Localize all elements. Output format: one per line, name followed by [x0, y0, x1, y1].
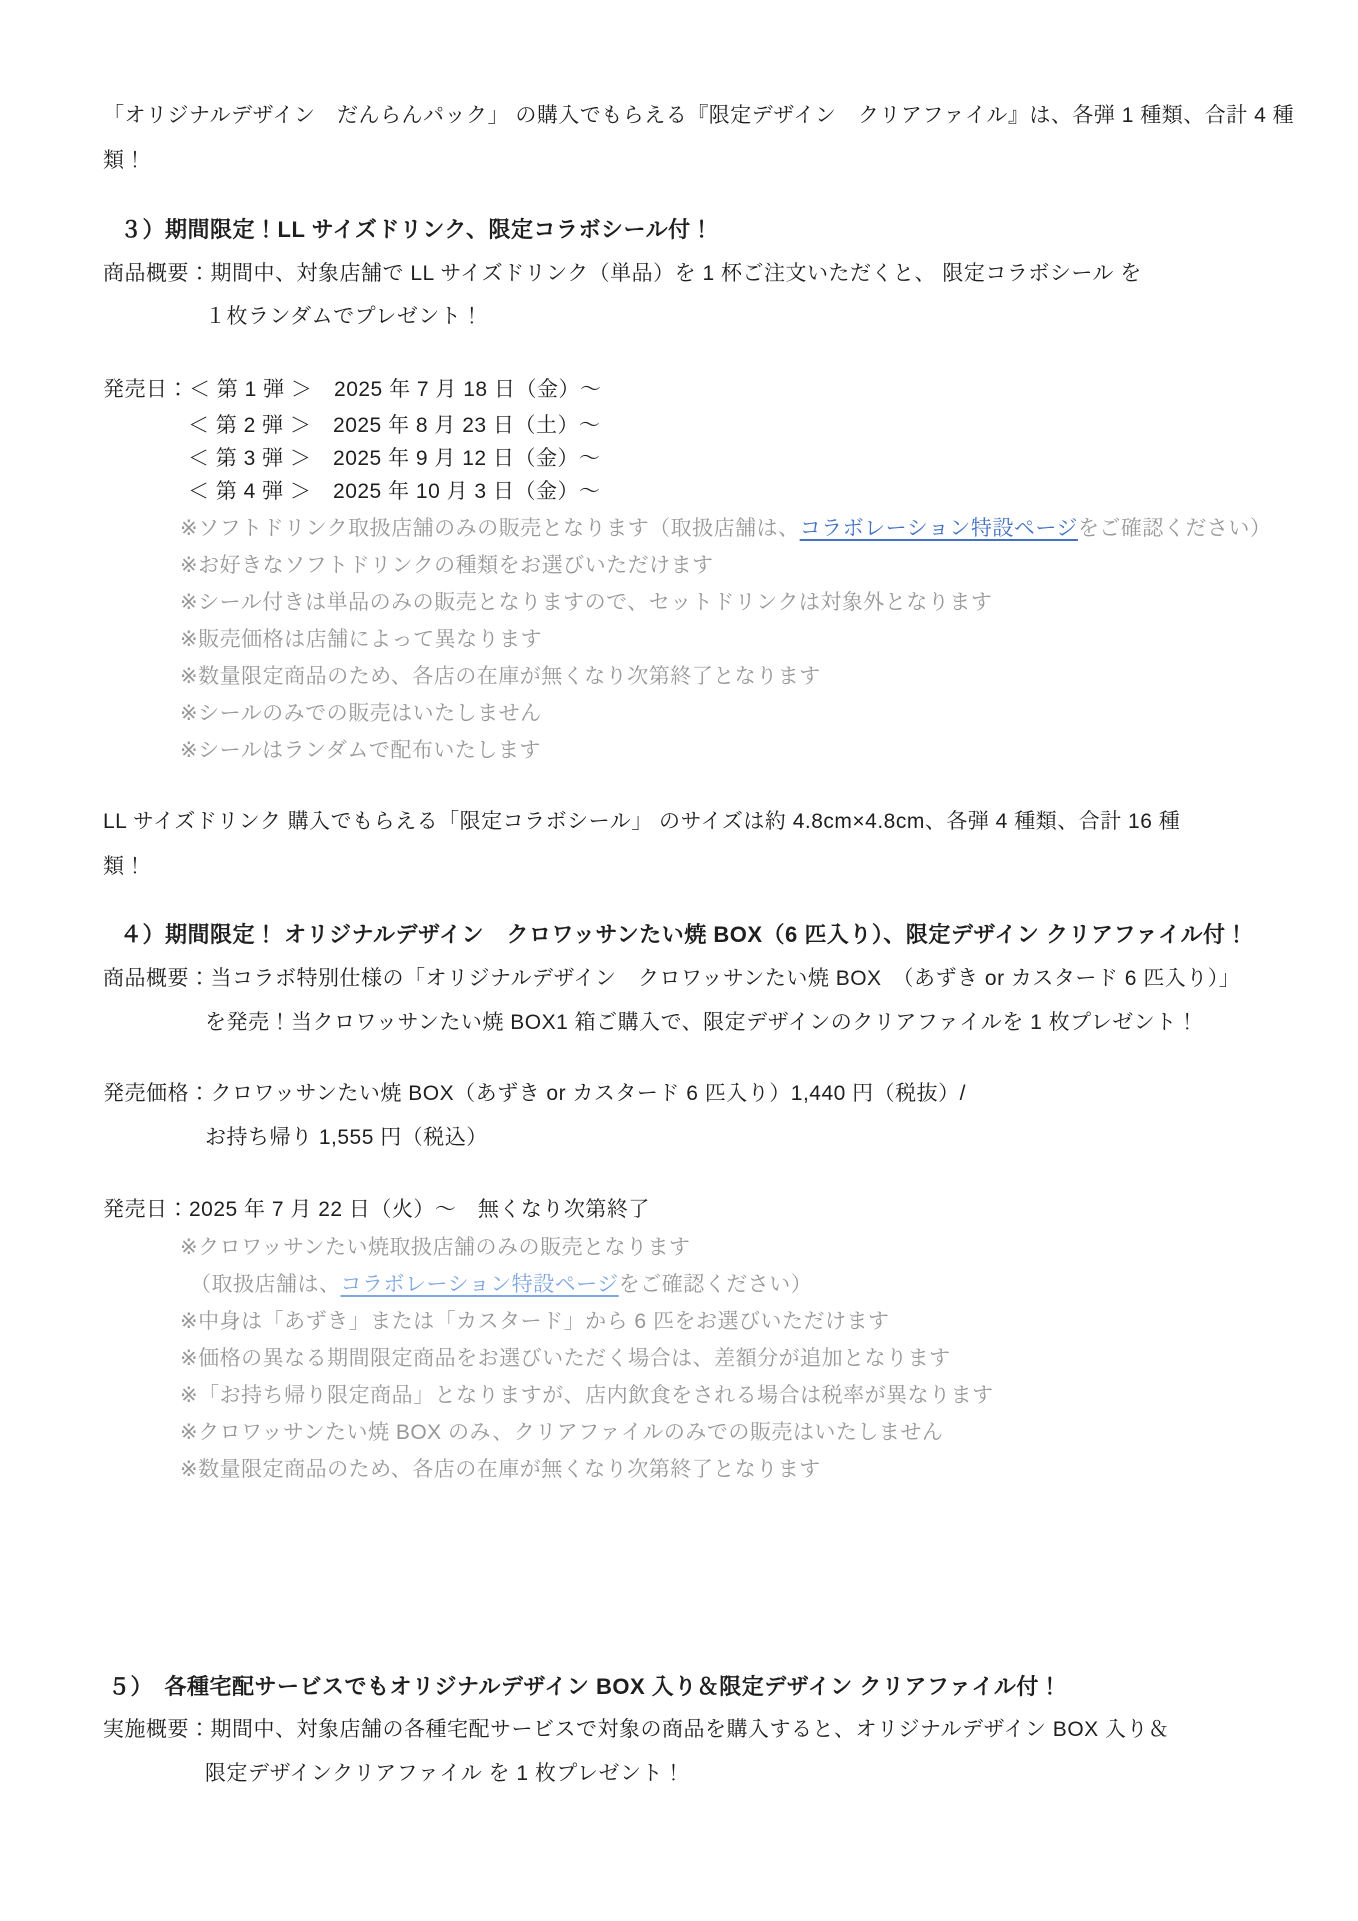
collab-special-page-link[interactable]: コラボレーション特設ページ: [800, 517, 1078, 540]
collab-special-page-link-2[interactable]: コラボレーション特設ページ: [341, 1273, 619, 1296]
section4-overview-line-2: を発売！当クロワッサンたい焼 BOX1 箱ご購入で、限定デザインのクリアファイル…: [205, 1008, 1198, 1038]
document-page: 「オリジナルデザイン だんらんパック」 の購入でもらえる『限定デザイン クリアフ…: [0, 0, 1358, 1921]
section3-note-1-suffix: をご確認ください）: [1078, 517, 1272, 540]
section4-price-line-2: お持ち帰り 1,555 円（税込）: [205, 1123, 488, 1153]
section3-note-2: ※お好きなソフトドリンクの種類をお選びいただけます: [180, 551, 714, 581]
section4-release-date-line: 発売日：2025 年 7 月 22 日（火）～ 無くなり次第終了: [103, 1195, 650, 1225]
section5-overview-line-2: 限定デザインクリアファイル を 1 枚プレゼント！: [205, 1759, 685, 1789]
section4-note-2-suffix: をご確認ください）: [619, 1273, 813, 1296]
section3-release-date-line-3: ＜ 第 3 弾 ＞ 2025 年 9 月 12 日（金）～: [188, 444, 600, 474]
section3-release-date-line-2: ＜ 第 2 弾 ＞ 2025 年 8 月 23 日（土）～: [188, 411, 600, 441]
section3-overview-line-2: １枚ランダムでプレゼント！: [205, 302, 483, 332]
section4-note-6: ※クロワッサンたい焼 BOX のみ、クリアファイルのみでの販売はいたしません: [180, 1418, 943, 1448]
section4-note-5: ※「お持ち帰り限定商品」となりますが、店内飲食をされる場合は税率が異なります: [180, 1381, 994, 1411]
section5-overview-line-1: 実施概要：期間中、対象店舗の各種宅配サービスで対象の商品を購入すると、オリジナル…: [103, 1715, 1170, 1745]
section3-release-date-line-1: 発売日：＜ 第 1 弾 ＞ 2025 年 7 月 18 日（金）～: [103, 375, 601, 405]
section3-note-3: ※シール付きは単品のみの販売となりますので、セットドリンクは対象外となります: [180, 588, 992, 618]
section4-note-2: （取扱店舗は、コラボレーション特設ページをご確認ください）: [190, 1270, 812, 1300]
section4-overview-line-1: 商品概要：当コラボ特別仕様の「オリジナルデザイン クロワッサンたい焼 BOX （…: [103, 964, 1240, 994]
sticker-size-line-2: 類！: [103, 852, 146, 882]
intro-line-2: 類！: [103, 146, 146, 176]
section3-overview-line-1: 商品概要：期間中、対象店舗で LL サイズドリンク（単品）を 1 杯ご注文いただ…: [103, 259, 1142, 289]
section3-note-7: ※シールはランダムで配布いたします: [180, 736, 541, 766]
section3-note-1: ※ソフトドリンク取扱店舗のみの販売となります（取扱店舗は、コラボレーション特設ペ…: [180, 514, 1271, 544]
section4-price-line-1: 発売価格：クロワッサンたい焼 BOX（あずき or カスタード 6 匹入り）1,…: [103, 1079, 966, 1109]
sticker-size-line-1: LL サイズドリンク 購入でもらえる「限定コラボシール」 のサイズは約 4.8c…: [103, 807, 1180, 837]
section4-note-1: ※クロワッサンたい焼取扱店舗のみの販売となります: [180, 1233, 691, 1263]
section4-note-3: ※中身は「あずき」または「カスタード」から 6 匹をお選びいただけます: [180, 1307, 889, 1337]
section3-release-date-line-4: ＜ 第 4 弾 ＞ 2025 年 10 月 3 日（金）～: [188, 477, 600, 507]
section4-heading: ４）期間限定！ オリジナルデザイン クロワッサンたい焼 BOX（6 匹入り）、限…: [120, 920, 1248, 950]
section4-note-4: ※価格の異なる期間限定商品をお選びいただく場合は、差額分が追加となります: [180, 1344, 951, 1374]
section4-note-7: ※数量限定商品のため、各店の在庫が無くなり次第終了となります: [180, 1455, 821, 1485]
section3-note-1-text: ※ソフトドリンク取扱店舗のみの販売となります（取扱店舗は、: [180, 517, 800, 540]
section3-note-6: ※シールのみでの販売はいたしません: [180, 699, 542, 729]
section3-note-5: ※数量限定商品のため、各店の在庫が無くなり次第終了となります: [180, 662, 821, 692]
section3-note-4: ※販売価格は店舗によって異なります: [180, 625, 542, 655]
intro-line-1: 「オリジナルデザイン だんらんパック」 の購入でもらえる『限定デザイン クリアフ…: [103, 101, 1294, 131]
section5-heading: ５） 各種宅配サービスでもオリジナルデザイン BOX 入り＆限定デザイン クリア…: [108, 1672, 1061, 1702]
section4-note-2-text: （取扱店舗は、: [190, 1273, 341, 1296]
section3-heading: ３）期間限定！LL サイズドリンク、限定コラボシール付！: [120, 215, 713, 245]
